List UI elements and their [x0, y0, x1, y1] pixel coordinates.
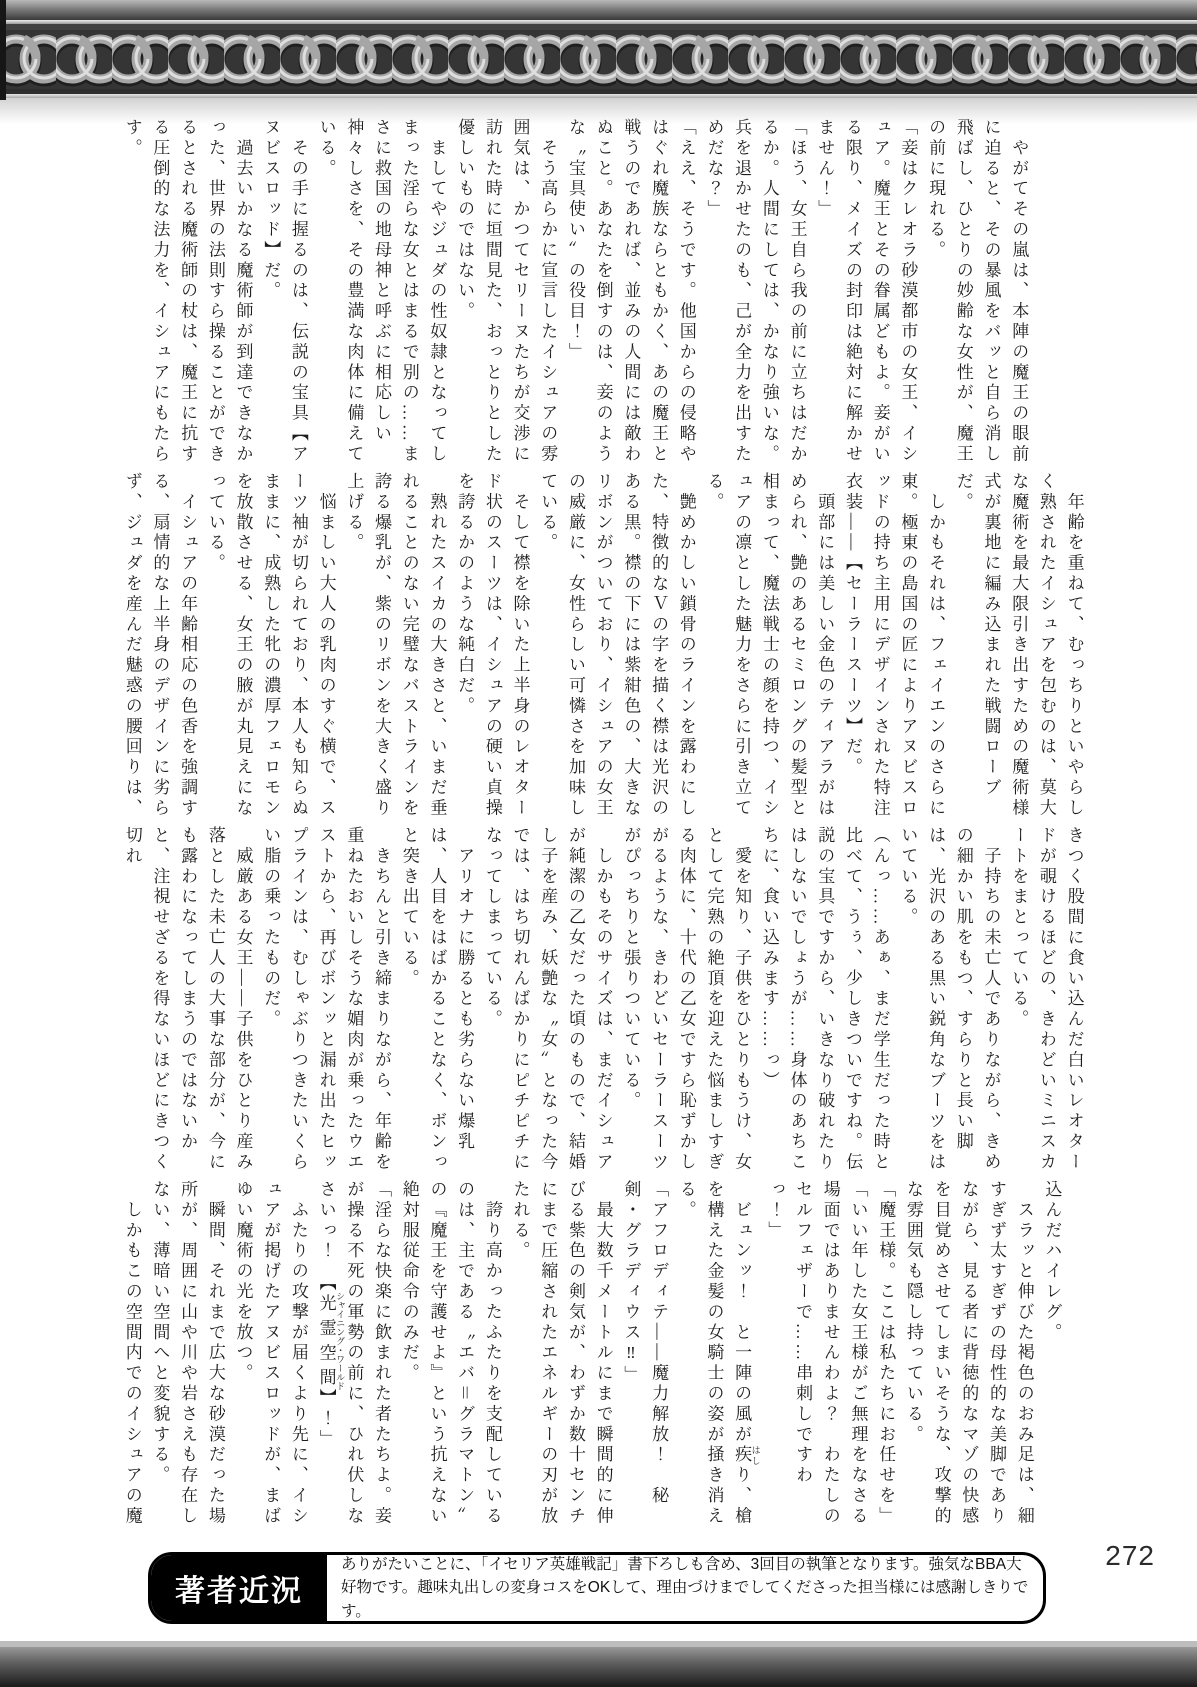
paragraph: 子持ちの未亡人でありながら、きめの細かい肌をもつ、すらりと長い脚は、光沢のある黒… — [894, 826, 1005, 1178]
paragraph: やがてその嵐は、本陣の魔王の眼前に迫ると、その暴風をバッと自ら消し飛ばし、ひとり… — [921, 118, 1032, 470]
bottom-gradient-bar — [0, 1647, 1197, 1687]
paragraph: ましてやジュダの性奴隷となってしまった淫らな女とはまるで別の……まさに救国の地母… — [312, 118, 451, 470]
paragraph: しかもそれは、フェイエンのさらに東。極東の島国の匠によりアヌビスロッドの持ち主用… — [838, 472, 949, 824]
border-top-cap — [0, 0, 1197, 20]
paragraph: 「ええ、そうです。他国からの侵略やはぐれ魔族ならともかく、あの魔王と戦うのであれ… — [561, 118, 700, 470]
paragraph: しかもこの空間内でのイシュアの魔 — [118, 1180, 146, 1532]
paragraph: その手に握るのは、伝説の宝具【アヌビスロッド】だ。 — [257, 118, 312, 470]
border-fade — [0, 98, 1197, 124]
paragraph: 「ほう、女王自ら我の前に立ちはだかるか。人間にしては、かなり強いな。兵を退かせた… — [700, 118, 811, 470]
paragraph: 「淫らな快楽に飲まれた者たちよ。妾が操る不死の軍勢の前に、ひれ伏しなさいっ！ 【… — [312, 1180, 395, 1532]
author-note-box: 著者近況 ありがたいことに、「イセリア英雄戦記」書下ろしも含め、3回目の執筆とな… — [148, 1552, 1046, 1624]
paragraph: 艶めかしい鎖骨のラインを露わにした、特徴的なＶの字を描く襟は光沢のある黒。襟の下… — [534, 472, 700, 824]
text-band-3: きつく股間に食い込んだ白いレオタードが覗けるほどの、きわどいミニスカートをまとっ… — [118, 826, 1088, 1178]
paragraph: アリオナに勝るとも劣らない爆乳は、人目をはばかることなく、ボンっと突き出ている。 — [395, 826, 478, 1178]
paragraph: スラッと伸びた褐色のおみ足は、細すぎず太すぎずの母性的な美脚でありながら、見る者… — [899, 1180, 1038, 1532]
author-note-text: ありがたいことに、「イセリア英雄戦記」書下ろしも含め、3回目の執筆となります。強… — [327, 1555, 1043, 1621]
text-band-2: 年齢を重ねて、むっちりといやらしく熟されたイシュアを包むのは、莫大な魔術を最大限… — [118, 472, 1088, 824]
paragraph: 悩ましい大人の乳肉のすぐ横で、スーツ袖が切られており、本人も知らぬままに、成熟し… — [201, 472, 340, 824]
page-number: 272 — [1105, 1540, 1155, 1572]
paragraph: 誇り高かったふたりを支配しているのは、主である〝エバ＝グラマトン〟の『魔王を守護… — [395, 1180, 506, 1532]
paragraph: きつく股間に食い込んだ白いレオタードが覗けるほどの、きわどいミニスカートをまとっ… — [1005, 826, 1088, 1178]
paragraph: しかもそのサイズは、まだイシュアが純潔の乙女だった頃のもので、結婚し子を産み、妖… — [478, 826, 617, 1178]
paragraph: 威厳ある女王――子供をひとり産み落とした未亡人の大事な部分が、今にも露わになって… — [118, 826, 257, 1178]
paragraph: 過去いかなる魔術師が到達できなかった、世界の法則すら操ることができるとされる魔術… — [118, 118, 257, 470]
page-left-edge-shadow — [0, 0, 6, 100]
paragraph: 最大数千メートルにまで瞬間的に伸びる紫色の剣気が、わずか数十センチにまで圧縮され… — [506, 1180, 617, 1532]
paragraph: 込んだハイレグ。 — [1038, 1180, 1066, 1532]
paragraph: イシュアの年齢相応の色香を強調する、扇情的な上半身のデザインに劣らず、ジュダを産… — [118, 472, 201, 824]
paragraph: そう高らかに宣言したイシュアの雰囲気は、かつてセリーヌたちが交渉に訪れた時に垣間… — [450, 118, 561, 470]
paragraph: ビュンッ！ と一陣の風が疾はしり、槍を構えた金髪の女騎士の姿が掻き消える。 — [672, 1180, 761, 1532]
paragraph: 年齢を重ねて、むっちりといやらしく熟されたイシュアを包むのは、莫大な魔術を最大限… — [949, 472, 1088, 824]
paragraph: 愛を知り、子供をひとりもうけ、女として完熟の絶頂を迎えた悩ましすぎる肉体に、十代… — [617, 826, 756, 1178]
text-band-1: やがてその嵐は、本陣の魔王の眼前に迫ると、その暴風をバッと自ら消し飛ばし、ひとり… — [118, 118, 1032, 470]
text-band-4: 込んだハイレグ。 スラッと伸びた褐色のおみ足は、細すぎず太すぎずの母性的な美脚で… — [118, 1180, 1065, 1532]
paragraph: ふたりの攻撃が届くより先に、イシュアが掲げたアヌビスロッドが、まばゆい魔術の光を… — [229, 1180, 312, 1532]
paragraph: 「アフロディテ――魔力解放！ 秘剣・グラディウス‼」 — [617, 1180, 672, 1532]
paragraph: 「いい年した女王様がご無理をなさる場面ではありませんわよ？ わたしのセルフェザー… — [761, 1180, 872, 1532]
paragraph: 「魔王様。ここは私たちにお任せを」 — [871, 1180, 899, 1532]
paragraph: 瞬間、それまで広大な砂漠だった場所が、周囲に山や川や岩さえも存在しない、薄暗い空… — [146, 1180, 229, 1532]
celtic-knot-pattern — [0, 24, 1197, 94]
paragraph: そして襟を除いた上半身のレオタード状のスーツは、イシュアの硬い貞操を誇るかのよう… — [450, 472, 533, 824]
author-note-label: 著者近況 — [151, 1555, 327, 1621]
paragraph: 熟れたスイカの大きさと、いまだ垂れることのない完璧なバストラインを誇る爆乳が、紫… — [340, 472, 451, 824]
paragraph: きちんと引き締まりながら、年齢を重ねたおいしそうな媚肉が乗ったウエストから、再び… — [257, 826, 396, 1178]
paragraph: 頭部には美しい金色のティアラがはめられ、艶のあるセミロングの髪型と相まって、魔法… — [700, 472, 839, 824]
novel-text-area: やがてその嵐は、本陣の魔王の眼前に迫ると、その暴風をバッと自ら消し飛ばし、ひとり… — [0, 118, 1197, 1534]
paragraph: 「妾はクレオラ砂漠都市の女王、イシュア。魔王とその眷属どもよ。妾がいる限り、メイ… — [811, 118, 922, 470]
paragraph: （んっ……あぁ、まだ学生だった時と比べて、うぅ、少しきついですね。伝説の宝具です… — [755, 826, 894, 1178]
decorative-metal-border — [0, 0, 1197, 124]
